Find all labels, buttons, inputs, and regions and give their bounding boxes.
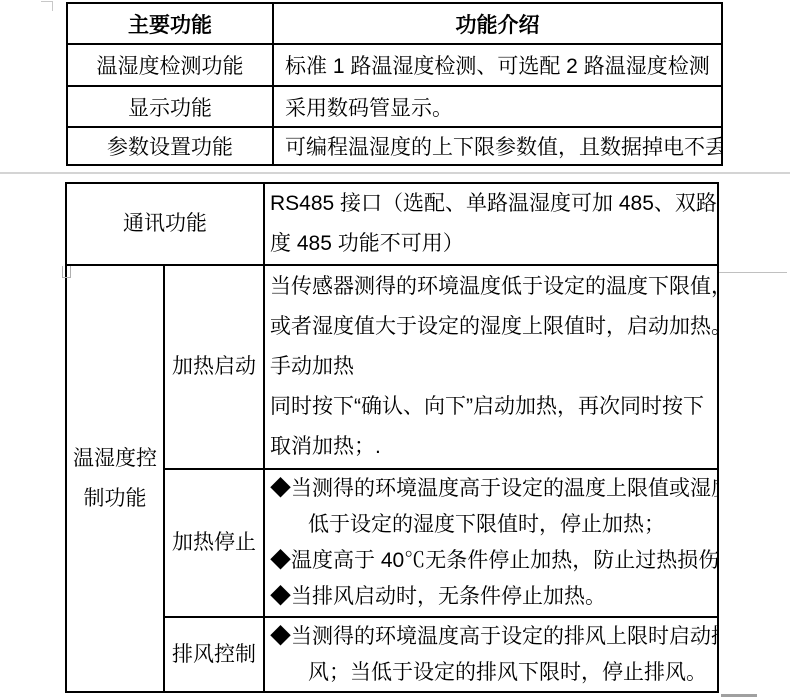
text-line: 加热启动 xyxy=(172,347,256,387)
subrow-name-heating-stop: 加热停止 xyxy=(165,470,265,618)
subrow-name-heating-start: 加热启动 xyxy=(165,266,265,470)
subrow-desc-heating-stop: ◆当测得的环境温度高于设定的温度上限值或湿度 低于设定的湿度下限值时，停止加热；… xyxy=(265,470,717,618)
page-break-separator xyxy=(0,172,790,174)
table-handle-artifact xyxy=(41,1,53,11)
group-name-temp-humidity-control: 温湿度控 制功能 xyxy=(67,266,165,691)
text-line: RS485 接口（选配、单路温湿度可加 485、双路温湿 xyxy=(270,184,714,224)
text-line: ◆当测得的环境温度高于设定的温度上限值或湿度 xyxy=(270,471,714,507)
text-line: 制功能 xyxy=(84,479,147,519)
text-line: 温湿度控 xyxy=(73,439,157,479)
row-desc-temp-humidity-detection: 标准 1 路温湿度检测、可选配 2 路温湿度检测 xyxy=(274,45,721,87)
table-split-bracket-artifact xyxy=(62,266,71,278)
features-table: 主要功能 功能介绍 温湿度检测功能 标准 1 路温湿度检测、可选配 2 路温湿度… xyxy=(66,2,723,166)
detail-table: 通讯功能 RS485 接口（选配、单路温湿度可加 485、双路温湿 度 485 … xyxy=(65,182,719,693)
text-line: 手动加热 xyxy=(270,347,714,387)
text-line: 当传感器测得的环境温度低于设定的温度下限值， xyxy=(270,267,714,307)
text-line: 排风控制 xyxy=(172,635,256,675)
row-name-parameter-setting: 参数设置功能 xyxy=(68,128,274,164)
subrow-desc-exhaust-control: ◆当测得的环境温度高于设定的排风上限时启动排 风；当低于设定的排风下限时，停止排… xyxy=(265,618,717,691)
text-line: 取消加热；. xyxy=(270,427,714,467)
document-page: 主要功能 功能介绍 温湿度检测功能 标准 1 路温湿度检测、可选配 2 路温湿度… xyxy=(0,0,790,697)
text-line: 或者湿度值大于设定的湿度上限值时，启动加热。 xyxy=(270,307,714,347)
row-name-display-function: 显示功能 xyxy=(68,87,274,128)
column-header-main-functions: 主要功能 xyxy=(68,4,274,45)
row-desc-parameter-setting: 可编程温湿度的上下限参数值，且数据掉电不丢失。 xyxy=(274,128,721,164)
table-split-tick-artifact xyxy=(719,272,787,273)
text-line: 通讯功能 xyxy=(123,204,207,244)
row-name-communication-function: 通讯功能 xyxy=(67,184,265,266)
text-line: 加热停止 xyxy=(172,523,256,563)
text-line: 度 485 功能不可用） xyxy=(270,224,714,264)
text-line: 风；当低于设定的排风下限时，停止排风。 xyxy=(270,655,714,691)
text-line: ◆当排风启动时，无条件停止加热。 xyxy=(270,579,714,615)
text-line: 低于设定的湿度下限值时，停止加热； xyxy=(270,507,714,543)
text-line: ◆温度高于 40℃无条件停止加热，防止过热损伤。 xyxy=(270,543,714,579)
row-desc-display-function: 采用数码管显示。 xyxy=(274,87,721,128)
column-header-function-intro: 功能介绍 xyxy=(274,4,721,45)
subrow-desc-heating-start: 当传感器测得的环境温度低于设定的温度下限值， 或者湿度值大于设定的湿度上限值时，… xyxy=(265,266,717,470)
row-desc-communication-function: RS485 接口（选配、单路温湿度可加 485、双路温湿 度 485 功能不可用… xyxy=(265,184,717,266)
row-name-temp-humidity-detection: 温湿度检测功能 xyxy=(68,45,274,87)
subrow-name-exhaust-control: 排风控制 xyxy=(165,618,265,691)
text-line: 同时按下“确认、向下”启动加热，再次同时按下 xyxy=(270,387,714,427)
text-line: ◆当测得的环境温度高于设定的排风上限时启动排 xyxy=(270,619,714,655)
